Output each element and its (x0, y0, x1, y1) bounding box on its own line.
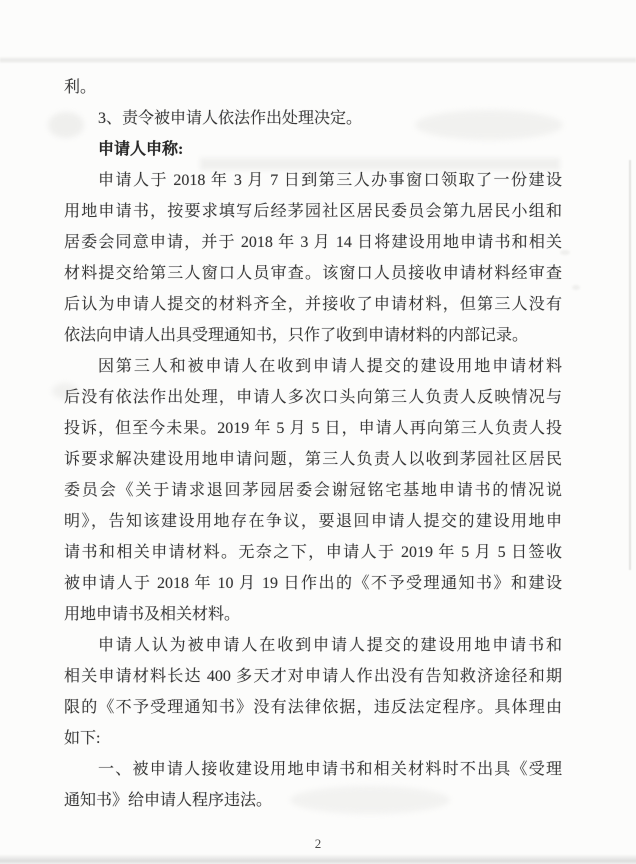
text-line: 利。 (64, 72, 562, 103)
text-line: 依法向申请人出具受理通知书，只作了收到申请材料的内部记录。 (64, 320, 562, 351)
body-text: 利。 3、责令被申请人依法作出处理决定。 申请人申称: 申请人于 2018 年 … (64, 72, 562, 816)
text-line: 3、责令被申请人依法作出处理决定。 (64, 103, 562, 134)
text-line: 相关申请材料长达 400 多天才对申请人作出没有告知救济途径和期 (64, 661, 562, 692)
document-page: 利。 3、责令被申请人依法作出处理决定。 申请人申称: 申请人于 2018 年 … (0, 0, 636, 864)
text-line: 申请人于 2018 年 3 月 7 日到第三人办事窗口领取了一份建设 (64, 165, 562, 196)
text-line: 用地申请书，按要求填写后经茅园社区居民委员会第九居民小组和 (64, 196, 562, 227)
text-line: 一、被申请人接收建设用地申请书和相关材料时不出具《受理 (64, 754, 562, 785)
text-line: 申请人认为被申请人在收到申请人提交的建设用地申请书和 (64, 630, 562, 661)
text-line: 被申请人于 2018 年 10 月 19 日作出的《不予受理通知书》和建设 (64, 568, 562, 599)
text-line: 诉要求解决建设用地申请问题，第三人负责人以收到茅园社区居民 (64, 444, 562, 475)
text-line: 居委会同意申请，并于 2018 年 3 月 14 日将建设用地申请书和相关 (64, 227, 562, 258)
scan-vline-right (629, 160, 631, 570)
text-line: 明》，告知该建设用地存在争议，要退回申请人提交的建设用地申 (64, 506, 562, 537)
text-line: 请书和相关申请材料。无奈之下，申请人于 2019 年 5 月 5 日签收 (64, 537, 562, 568)
text-line: 后认为申请人提交的材料齐全，并接收了申请材料，但第三人没有 (64, 289, 562, 320)
text-line: 因第三人和被申请人在收到申请人提交的建设用地申请材料 (64, 351, 562, 382)
text-line: 限的《不予受理通知书》没有法律依据，违反法定程序。具体理由 (64, 692, 562, 723)
text-line: 委员会《关于请求退回茅园居委会谢冠铭宅基地申请书的情况说 (64, 475, 562, 506)
text-line: 用地申请书及相关材料。 (64, 599, 562, 630)
page-number: 2 (0, 836, 636, 852)
section-heading: 申请人申称: (64, 134, 562, 165)
text-line: 如下: (64, 723, 562, 754)
text-line: 材料提交给第三人窗口人员审查。该窗口人员接收申请材料经审查 (64, 258, 562, 289)
text-line: 后没有依法作出处理，申请人多次口头向第三人负责人反映情况与 (64, 382, 562, 413)
scan-band-bottom (0, 854, 636, 864)
scan-band-top (0, 57, 636, 63)
scan-speck (572, 285, 580, 290)
text-line: 投诉，但至今未果。2019 年 5 月 5 日，申请人再向第三人负责人投 (64, 413, 562, 444)
text-line: 通知书》给申请人程序违法。 (64, 785, 562, 816)
